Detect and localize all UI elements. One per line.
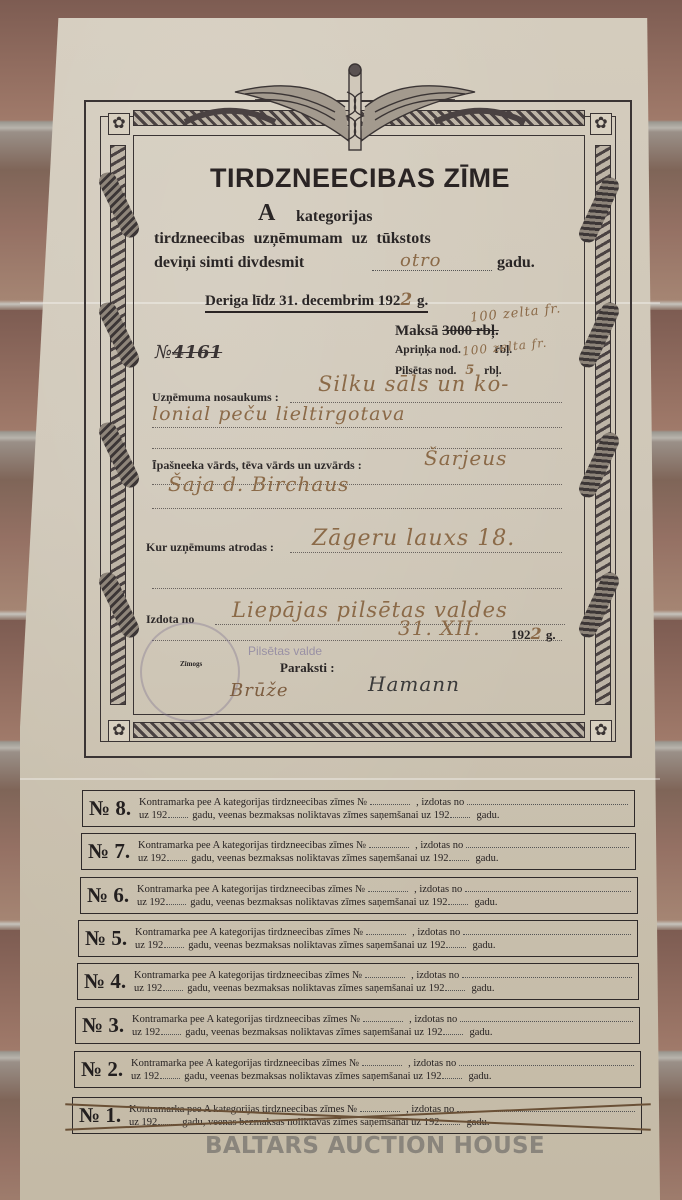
counterfoil-text: Kontramarka pee A kategorijas tirdzneeci…	[137, 883, 637, 909]
official-stamp-seal	[140, 622, 240, 722]
counterfoil-text: Kontramarka pee A kategorijas tirdzneeci…	[135, 926, 637, 952]
counterfoil-text: Kontramarka pee A kategorijas tirdzneeci…	[132, 1013, 639, 1039]
category-letter: A	[258, 200, 275, 227]
handwritten-year-word: otro	[400, 250, 442, 271]
location-label: Kur uzņēmums atrodas :	[146, 540, 274, 555]
location-value: Zāgeru lauxs 18.	[312, 526, 515, 551]
winged-caduceus-emblem-icon	[175, 62, 535, 152]
business-name-value-1: Silku sāls un ko-	[318, 372, 509, 396]
field-line	[152, 588, 562, 589]
stamp-label: Zīmogs	[180, 660, 202, 668]
counterfoil-number: № 8.	[83, 796, 139, 821]
field-line	[290, 552, 562, 553]
counterfoil-stub: № 8.Kontramarka pee A kategorijas tirdzn…	[82, 790, 635, 827]
counterfoil-stub: № 7.Kontramarka pee A kategorijas tirdzn…	[81, 833, 636, 870]
owner-value-2: Šaja d. Birchaus	[168, 472, 349, 496]
counterfoil-stub: № 6.Kontramarka pee A kategorijas tirdzn…	[80, 877, 638, 914]
issued-year: 1922 g.	[511, 624, 556, 643]
counterfoil-stub: № 3.Kontramarka pee A kategorijas tirdzn…	[75, 1007, 640, 1044]
counterfoil-stub: № 5.Kontramarka pee A kategorijas tirdzn…	[78, 920, 638, 957]
counterfoil-text: Kontramarka pee A kategorijas tirdzneeci…	[134, 969, 638, 995]
fee-maksa: Maksā 3000 rbļ.	[395, 323, 499, 340]
counterfoil-stub: № 4.Kontramarka pee A kategorijas tirdzn…	[77, 963, 639, 1000]
signature-1: Brūže	[230, 680, 289, 701]
rosette-icon: ✿	[590, 113, 612, 135]
owner-value-1: Šarjeus	[424, 446, 507, 470]
rosette-icon: ✿	[590, 720, 612, 742]
stamp-ink-text: Pilsētas valde	[248, 644, 322, 658]
counterfoil-number: № 7.	[82, 839, 138, 864]
field-line	[152, 508, 562, 509]
fold-crease	[20, 778, 660, 780]
certificate-title: TIRDZNEECIBAS ZĪME	[150, 163, 570, 194]
counterfoil-number: № 1.	[73, 1103, 129, 1128]
counterfoil-number: № 5.	[79, 926, 135, 951]
counterfoil-number: № 4.	[78, 969, 134, 994]
issued-date-value: 31. XII.	[398, 616, 481, 640]
signature-2: Hamann	[368, 672, 460, 696]
counterfoil-number: № 6.	[81, 883, 137, 908]
counterfoil-text: Kontramarka pee A kategorijas tirdzneeci…	[139, 796, 634, 822]
counterfoil-text: Kontramarka pee A kategorijas tirdzneeci…	[131, 1057, 640, 1083]
owner-label: Īpašneeka vārds, tēva vārds un uzvārds :	[152, 458, 362, 473]
signatures-label: Paraksti :	[280, 660, 335, 676]
header-line-2: deviņi simti divdesmit	[154, 254, 304, 272]
counterfoil-stub: № 2.Kontramarka pee A kategorijas tirdzn…	[74, 1051, 641, 1088]
header-line-1: tirdzneecibas uzņēmumam uz tūkstots	[154, 230, 431, 248]
business-name-value-2: lonial peču lieltirgotava	[152, 403, 406, 425]
certificate-number: №4161	[155, 342, 222, 363]
ornamental-band-bottom	[133, 722, 585, 738]
counterfoil-number: № 2.	[75, 1057, 131, 1082]
rosette-icon: ✿	[108, 113, 130, 135]
header-line-2-suffix: gadu.	[497, 254, 535, 272]
field-line	[152, 427, 562, 428]
counterfoil-stub: № 1.Kontramarka pee A kategorijas tirdzn…	[72, 1097, 642, 1134]
counterfoil-text: Kontramarka pee A kategorijas tirdzneeci…	[138, 839, 635, 865]
category-word: kategorijas	[296, 208, 372, 226]
valid-until: Deriga līdz 31. decembrim 1922 g.	[205, 290, 428, 313]
auction-house-watermark: BALTARS AUCTION HOUSE	[205, 1133, 545, 1159]
rosette-icon: ✿	[108, 720, 130, 742]
counterfoil-text: Kontramarka pee A kategorijas tirdzneeci…	[129, 1103, 641, 1129]
counterfoil-number: № 3.	[76, 1013, 132, 1038]
